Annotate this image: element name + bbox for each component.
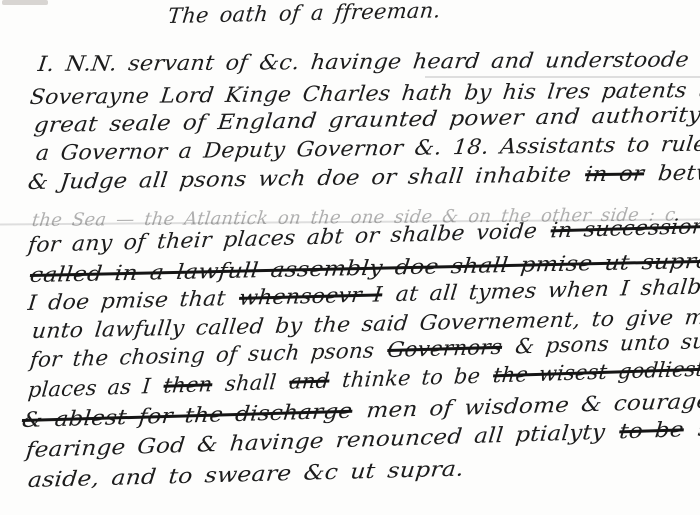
- handwriting-text: shall: [224, 370, 279, 396]
- handwriting-text: aside, and to sweare &c ut supra.: [27, 456, 467, 492]
- handwriting-text: places as I: [27, 374, 154, 402]
- handwriting-text: men of wisdome & courage —: [365, 388, 700, 423]
- struck-out-text: and: [288, 368, 332, 393]
- struck-out-text: then: [163, 372, 216, 398]
- manuscript-line: I. N.N. servant of &c. havinge heard and…: [37, 46, 700, 76]
- struck-out-text: whensoevr I: [238, 282, 386, 310]
- handwriting-text: I doe pmise that: [27, 286, 229, 315]
- struck-out-text: the wisest godliest: [492, 357, 700, 388]
- handwriting-text: & Judge all psons wch doe or shall inhab…: [27, 162, 575, 194]
- handwriting-text: for the chosing of such psons: [29, 338, 378, 372]
- manuscript-page: The oath of a ffreeman. I. N.N. servant …: [0, 0, 700, 515]
- struck-out-text: in or: [584, 161, 648, 186]
- struck-out-text: to be: [618, 417, 687, 443]
- struck-out-text: & ablest for the discharge: [21, 399, 356, 432]
- manuscript-line: aside, and to sweare &c ut supra.: [27, 456, 467, 492]
- handwriting-text: thinke to be: [341, 364, 483, 392]
- manuscript-line: & Judge all psons wch doe or shall inhab…: [27, 160, 700, 194]
- manuscript-heading: The oath of a ffreeman.: [167, 0, 442, 28]
- struck-out-text: Governors: [386, 335, 505, 362]
- handwriting-text: I. N.N. servant of &c. havinge heard and…: [37, 46, 700, 76]
- handwriting-text: betweene: [657, 160, 700, 186]
- scan-smudge: [2, 0, 48, 5]
